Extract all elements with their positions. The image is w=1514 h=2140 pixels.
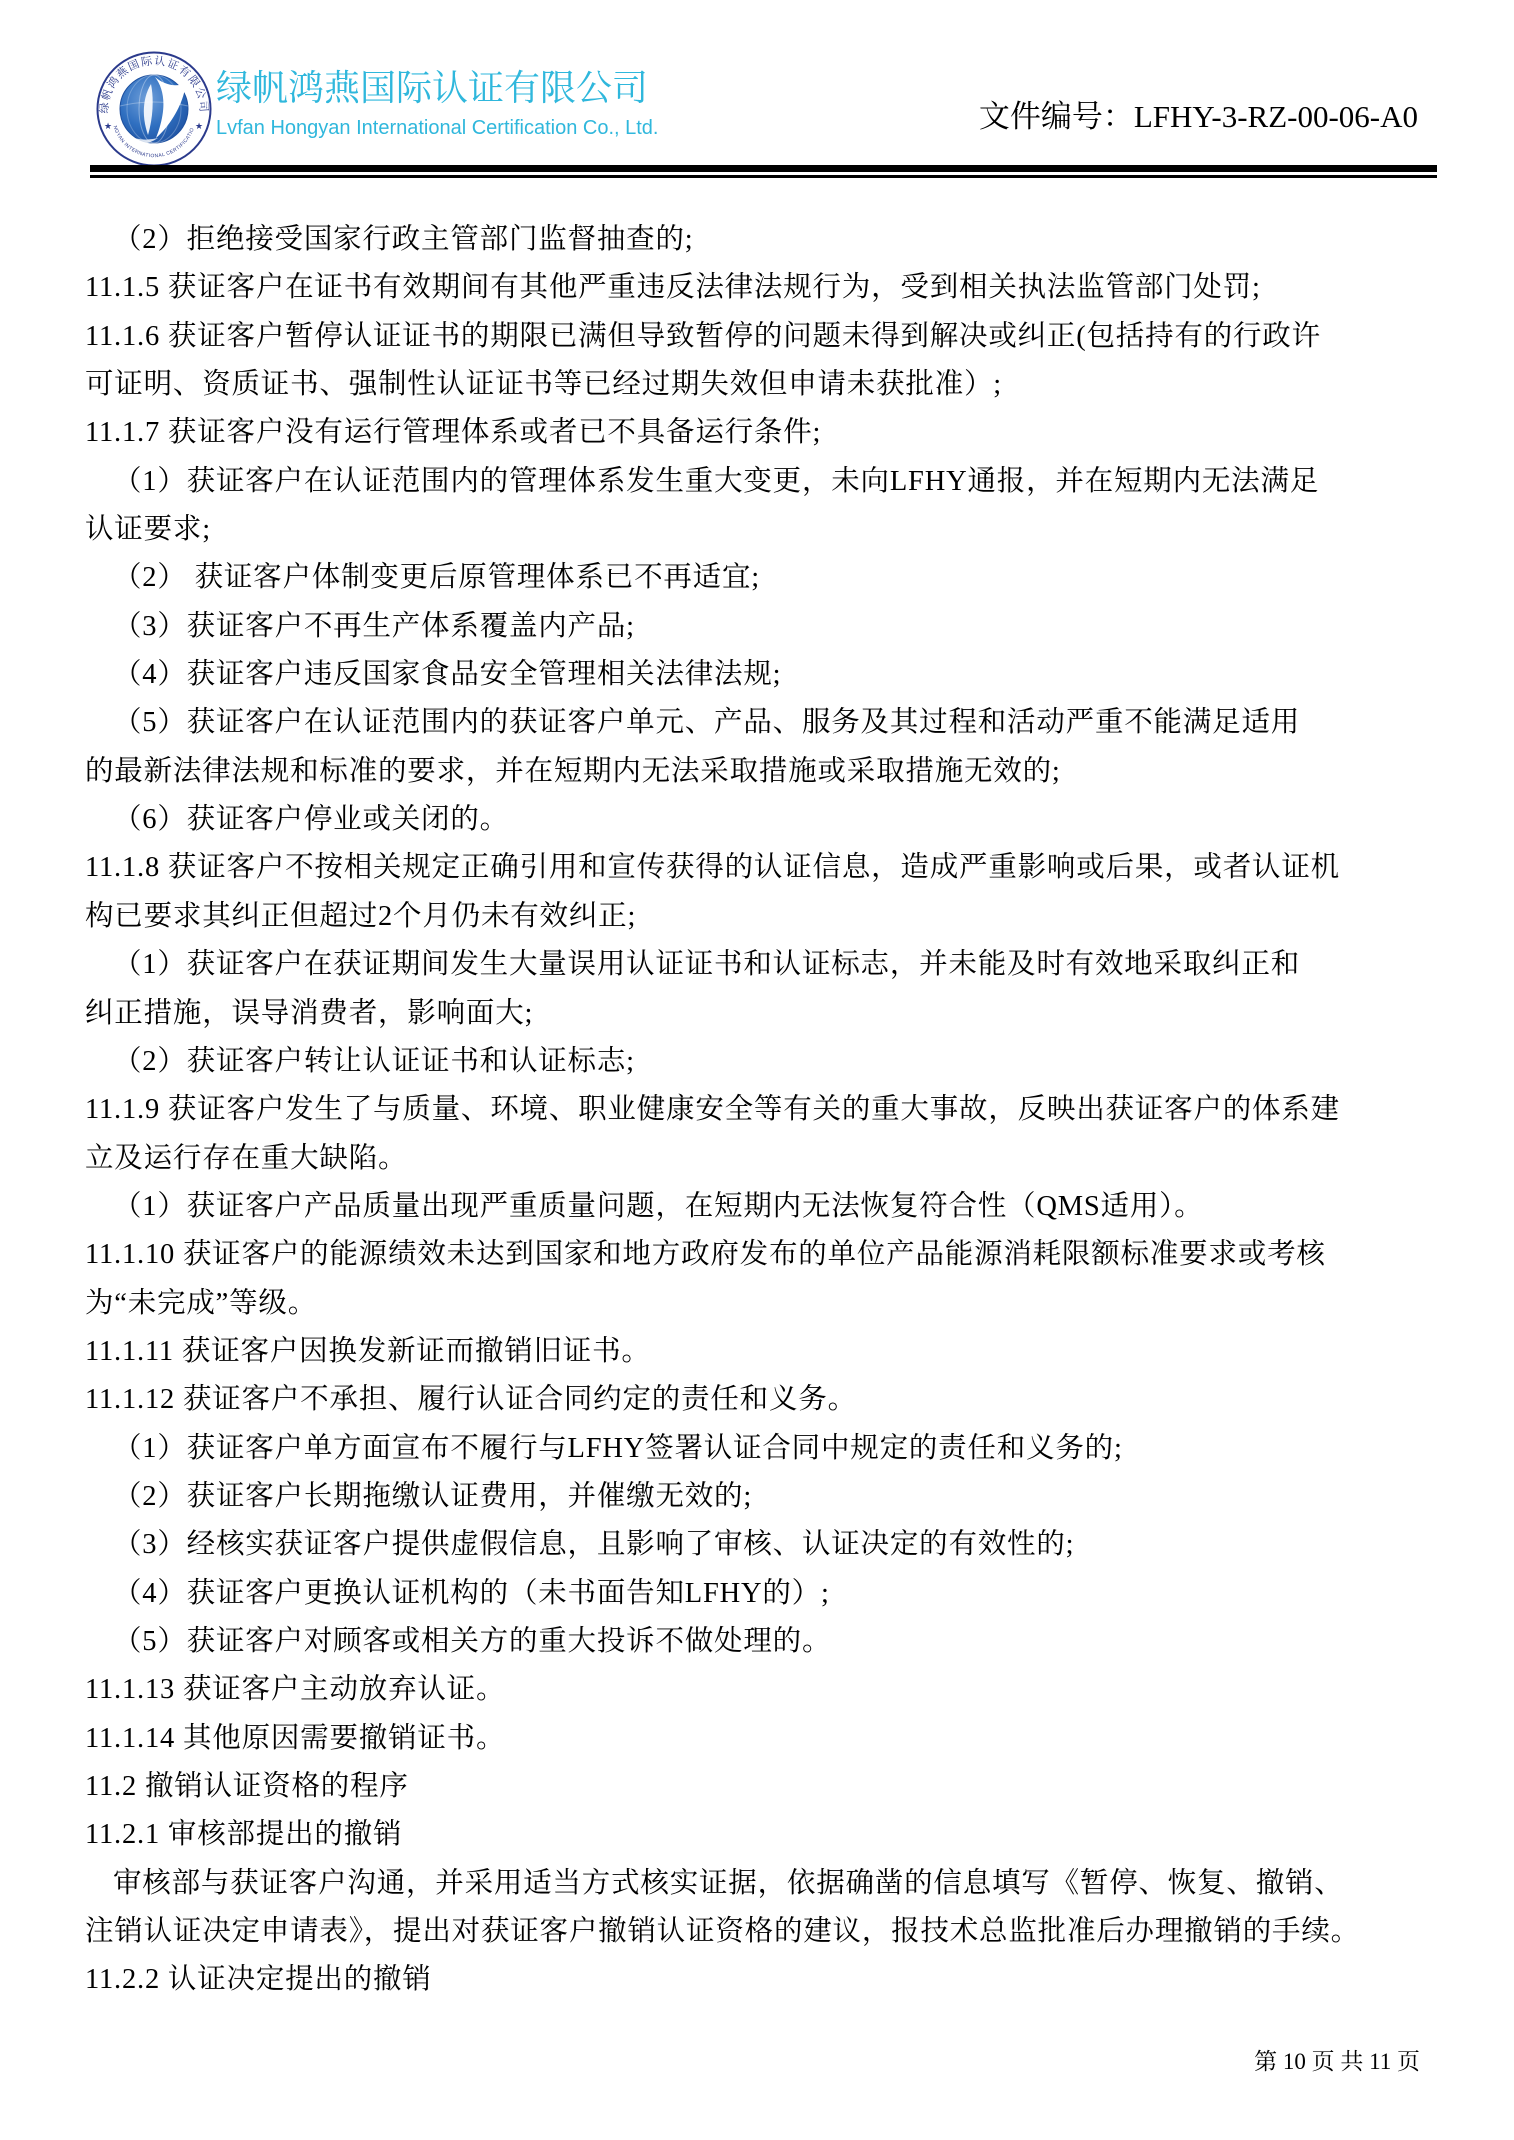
text-line: 注销认证决定申请表》，提出对获证客户撤销认证资格的建议，报技术总监批准后办理撤销… — [85, 1908, 1450, 1956]
text-line: 的最新法律法规和标准的要求，并在短期内无法采取措施或采取措施无效的; — [85, 748, 1450, 796]
logo-star-left-icon: ★ — [104, 121, 112, 131]
text-line: （4）获证客户违反国家食品安全管理相关法律法规; — [85, 651, 1450, 699]
text-line: 11.1.10 获证客户的能源绩效未达到国家和地方政府发布的单位产品能源消耗限额… — [85, 1231, 1450, 1279]
text-line: 11.1.11 获证客户因换发新证而撤销旧证书。 — [85, 1328, 1450, 1376]
text-line: （2） 获证客户体制变更后原管理体系已不再适宜; — [85, 554, 1450, 602]
text-line: 11.1.14 其他原因需要撤销证书。 — [85, 1715, 1450, 1763]
text-line: （5）获证客户在认证范围内的获证客户单元、产品、服务及其过程和活动严重不能满足适… — [85, 699, 1450, 747]
text-line: （5）获证客户对顾客或相关方的重大投诉不做处理的。 — [85, 1618, 1450, 1666]
text-line: （1）获证客户单方面宣布不履行与LFHY签署认证合同中规定的责任和义务的; — [85, 1425, 1450, 1473]
text-line: （3）经核实获证客户提供虚假信息，且影响了审核、认证决定的有效性的; — [85, 1521, 1450, 1569]
text-line: （1）获证客户产品质量出现严重质量问题，在短期内无法恢复符合性（QMS适用）。 — [85, 1183, 1450, 1231]
text-line: 11.1.9 获证客户发生了与质量、环境、职业健康安全等有关的重大事故，反映出获… — [85, 1086, 1450, 1134]
document-number: 文件编号：LFHY-3-RZ-00-06-A0 — [979, 100, 1418, 134]
company-name-zh: 绿帆鸿燕国际认证有限公司 — [216, 68, 658, 108]
text-line: 11.1.6 获证客户暂停认证证书的期限已满但导致暂停的问题未得到解决或纠正(包… — [85, 313, 1450, 361]
document-body: （2）拒绝接受国家行政主管部门监督抽查的;11.1.5 获证客户在证书有效期间有… — [85, 216, 1450, 2005]
text-line: 认证要求; — [85, 506, 1450, 554]
text-line: 构已要求其纠正但超过2个月仍未有效纠正; — [85, 893, 1450, 941]
company-name-block: 绿帆鸿燕国际认证有限公司 Lvfan Hongyan International… — [216, 68, 658, 140]
text-line: 11.1.7 获证客户没有运行管理体系或者已不具备运行条件; — [85, 409, 1450, 457]
text-line: （1）获证客户在获证期间发生大量误用认证证书和认证标志，并未能及时有效地采取纠正… — [85, 941, 1450, 989]
text-line: 11.1.12 获证客户不承担、履行认证合同约定的责任和义务。 — [85, 1376, 1450, 1424]
document-number-value: LFHY-3-RZ-00-06-A0 — [1134, 99, 1418, 134]
text-line: 11.1.13 获证客户主动放弃认证。 — [85, 1666, 1450, 1714]
company-logo-icon: 绿帆鸿燕国际认证有限公司 LVFANHONGYAN INTERNATIONAL … — [95, 50, 213, 168]
text-line: 纠正措施，误导消费者，影响面大; — [85, 990, 1450, 1038]
text-line: 11.2.1 审核部提出的撤销 — [85, 1811, 1450, 1859]
header-divider — [90, 165, 1437, 178]
text-line: 立及运行存在重大缺陷。 — [85, 1135, 1450, 1183]
logo-star-right-icon: ★ — [195, 121, 203, 131]
text-line: （3）获证客户不再生产体系覆盖内产品; — [85, 603, 1450, 651]
text-line: （4）获证客户更换认证机构的（未书面告知LFHY的）; — [85, 1570, 1450, 1618]
text-line: 为“未完成”等级。 — [85, 1280, 1450, 1328]
text-line: （6）获证客户停业或关闭的。 — [85, 796, 1450, 844]
text-line: （2）拒绝接受国家行政主管部门监督抽查的; — [85, 216, 1450, 264]
text-line: 11.2.2 认证决定提出的撤销 — [85, 1956, 1450, 2004]
text-line: 审核部与获证客户沟通，并采用适当方式核实证据，依据确凿的信息填写《暂停、恢复、撤… — [85, 1860, 1450, 1908]
document-number-label: 文件编号： — [979, 99, 1134, 134]
text-line: （2）获证客户长期拖缴认证费用，并催缴无效的; — [85, 1473, 1450, 1521]
text-line: （1）获证客户在认证范围内的管理体系发生重大变更，未向LFHY通报，并在短期内无… — [85, 458, 1450, 506]
text-line: （2）获证客户转让认证证书和认证标志; — [85, 1038, 1450, 1086]
text-line: 11.1.8 获证客户不按相关规定正确引用和宣传获得的认证信息，造成严重影响或后… — [85, 844, 1450, 892]
text-line: 11.1.5 获证客户在证书有效期间有其他严重违反法律法规行为，受到相关执法监管… — [85, 264, 1450, 312]
text-line: 可证明、资质证书、强制性认证证书等已经过期失效但申请未获批准）; — [85, 361, 1450, 409]
text-line: 11.2 撤销认证资格的程序 — [85, 1763, 1450, 1811]
company-name-en: Lvfan Hongyan International Certificatio… — [216, 116, 658, 140]
page-number: 第 10 页 共 11 页 — [1254, 2048, 1420, 2076]
